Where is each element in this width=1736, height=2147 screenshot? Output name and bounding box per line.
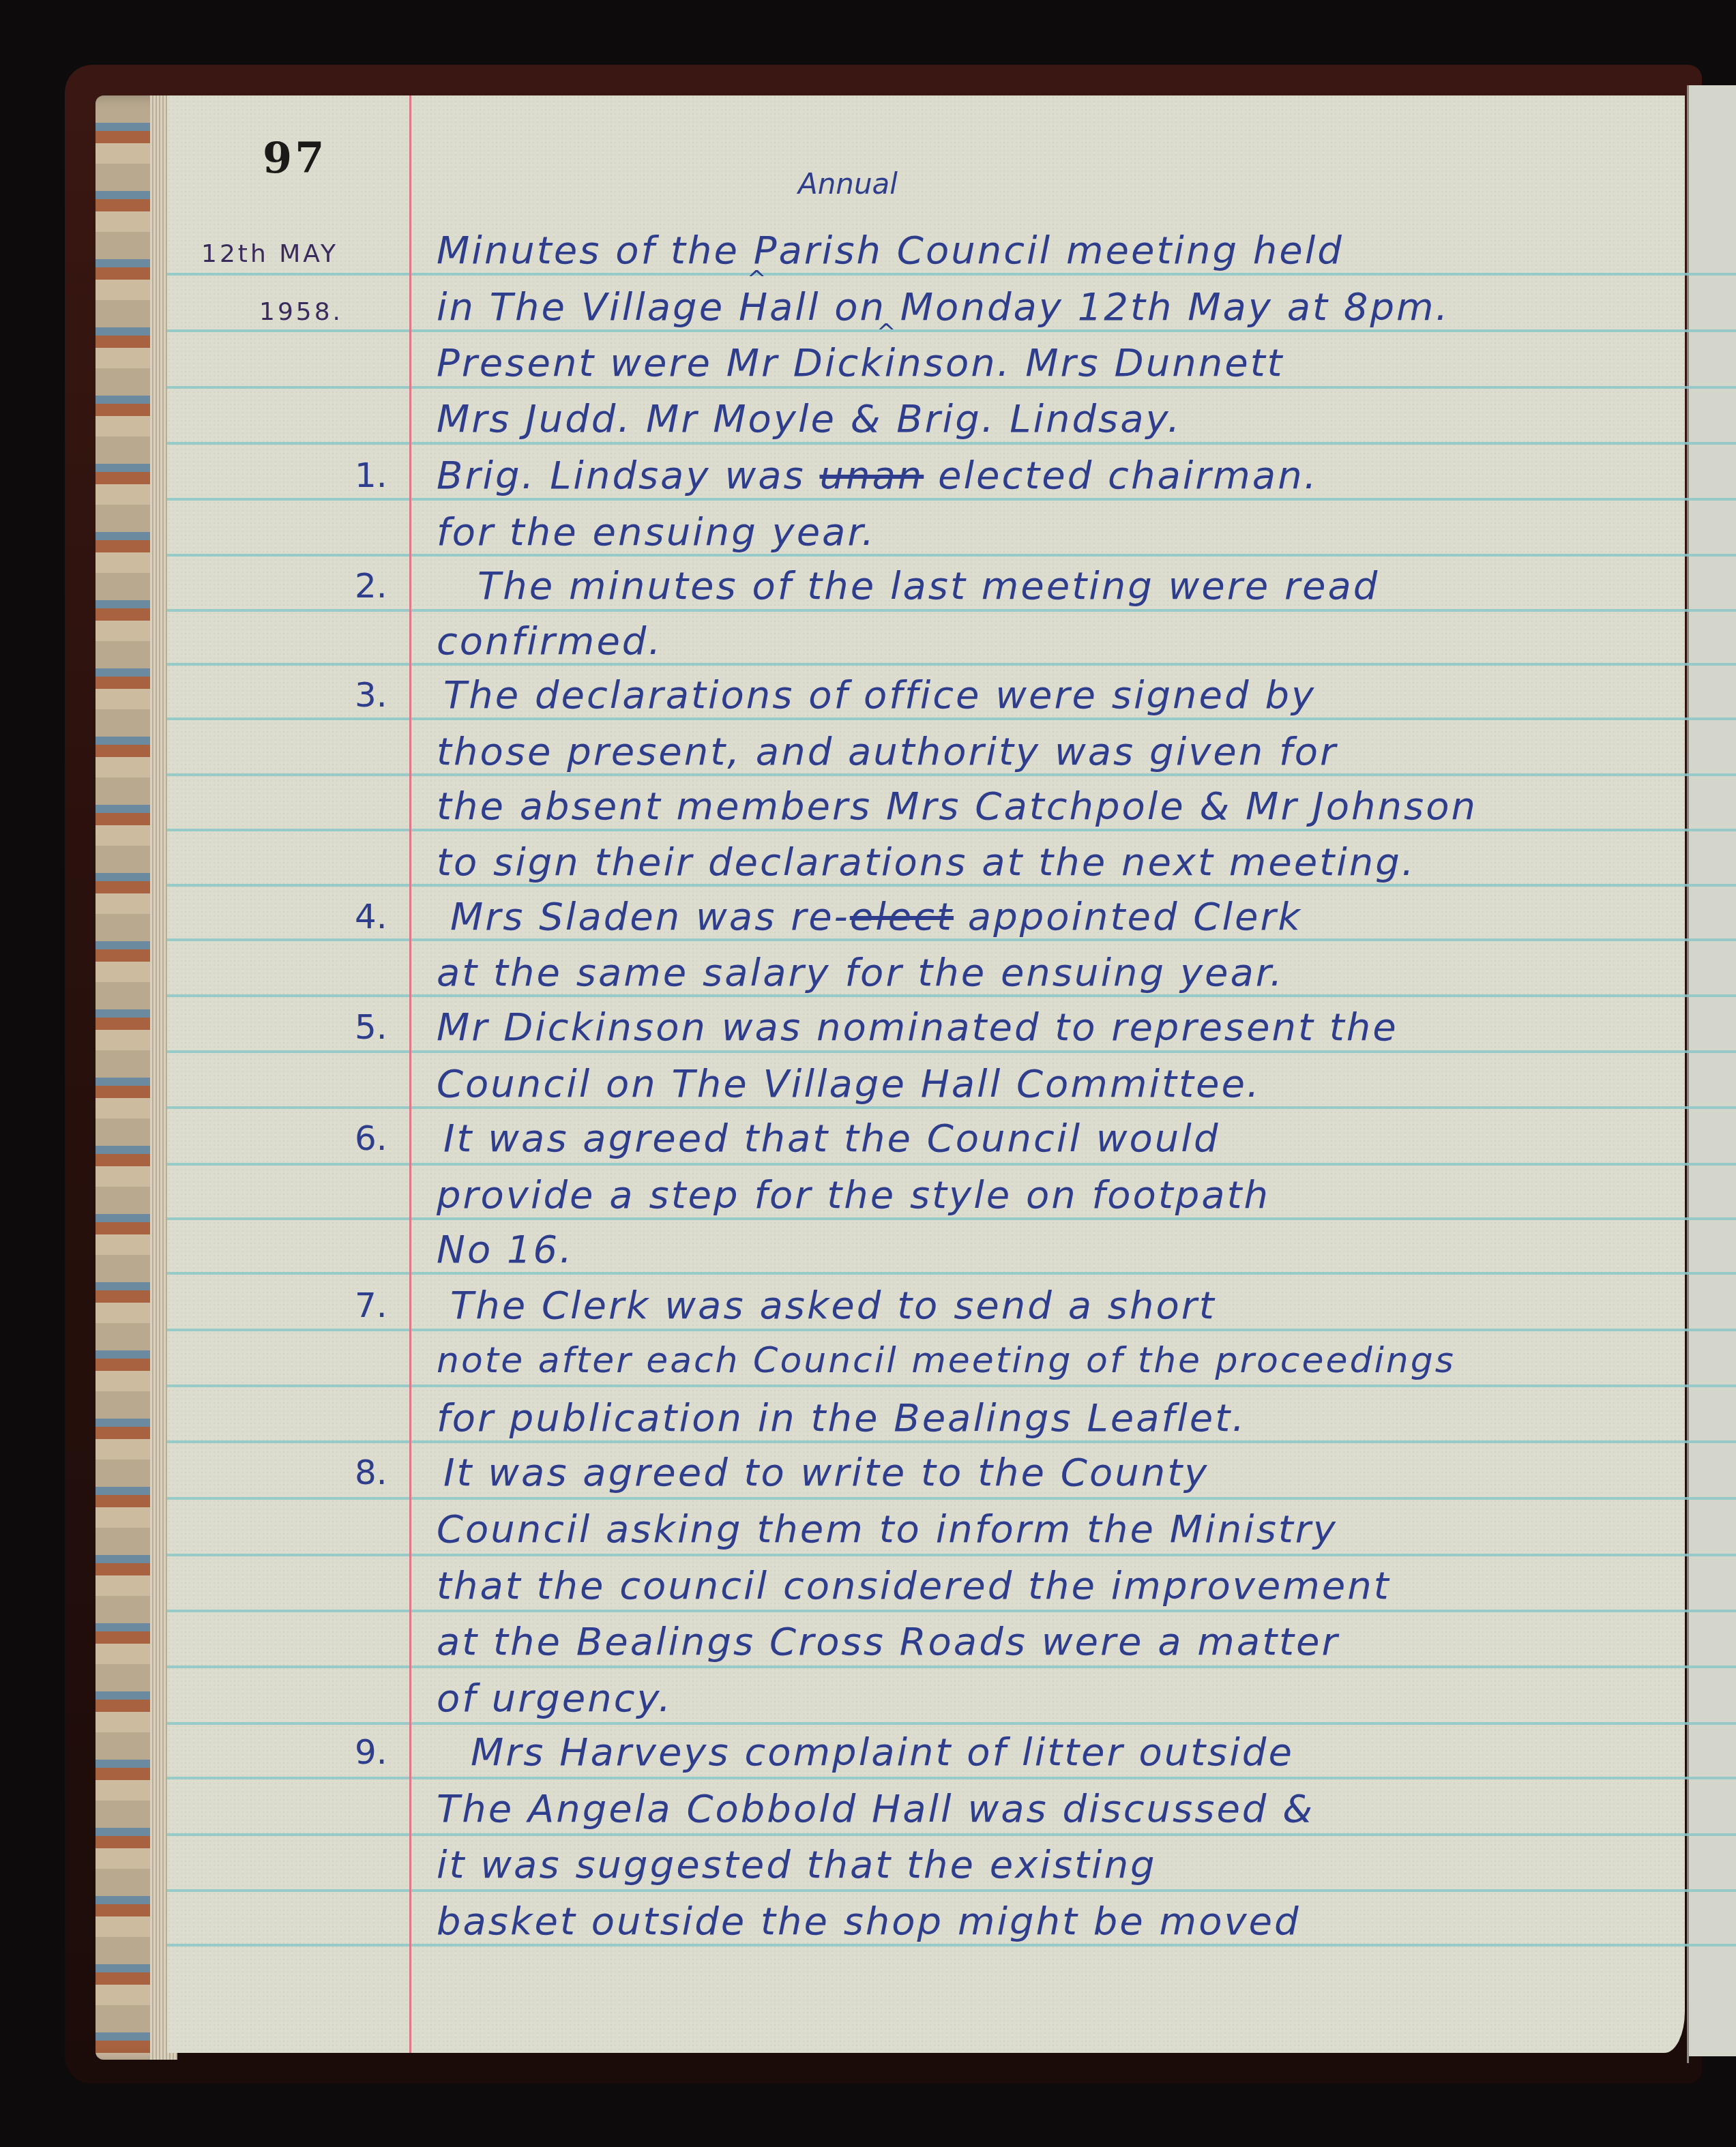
page-number: 97 (263, 133, 327, 183)
heading-line: Minutes of the Parish Council meeting he… (437, 228, 1344, 273)
ruled-line (167, 829, 1736, 831)
ruled-line (167, 717, 1736, 720)
item-number: 4. (355, 897, 387, 936)
minute-line: Council on The Village Hall Committee. (437, 1062, 1261, 1106)
minute-line: it was suggested that the existing (437, 1843, 1157, 1887)
minute-line: provide a step for the style on footpath (437, 1173, 1270, 1217)
ruled-line (167, 1106, 1736, 1109)
text-segment: Mrs Sladen was re- (450, 895, 850, 939)
item-number: 5. (355, 1007, 387, 1047)
minute-line: The minutes of the last meeting were rea… (477, 564, 1379, 608)
ruled-line (167, 273, 1736, 276)
ruled-line (167, 663, 1736, 666)
text-segment: appointed Clerk (954, 895, 1302, 939)
ruled-line (167, 1385, 1736, 1387)
minute-line: note after each Council meeting of the p… (437, 1340, 1456, 1381)
page-edges (95, 95, 177, 2060)
ruled-line (167, 1610, 1736, 1612)
ruled-line (167, 554, 1736, 557)
minute-line: The Angela Cobbold Hall was discussed & (437, 1787, 1314, 1831)
item-number: 7. (355, 1286, 387, 1325)
minute-line: Mr Dickinson was nominated to represent … (437, 1005, 1398, 1050)
struck-text: elect (850, 895, 954, 939)
text-segment: elected chairman. (924, 454, 1318, 498)
item-number: 2. (355, 566, 387, 606)
text-segment: Brig. Lindsay was (437, 454, 819, 498)
struck-text: unan (819, 454, 924, 498)
ruled-line (167, 1163, 1736, 1166)
minute-line: to sign their declarations at the next m… (437, 840, 1416, 885)
ruled-line (167, 329, 1736, 332)
minute-line: those present, and authority was given f… (437, 730, 1338, 774)
minute-line: at the same salary for the ensuing year. (437, 951, 1284, 995)
item-number: 8. (355, 1453, 387, 1492)
ruled-line (167, 1889, 1736, 1892)
heading-line: Present were Mr Dickinson. Mrs Dunnett (437, 341, 1284, 385)
ruled-line (167, 1497, 1736, 1500)
facing-page-edge (1689, 85, 1736, 2056)
ruled-line (167, 1440, 1736, 1443)
margin-date-year: 1958. (259, 298, 343, 326)
minute-line: No 16. (437, 1228, 574, 1272)
item-number: 9. (355, 1732, 387, 1772)
ruled-line (167, 386, 1736, 389)
minute-line: at the Bealings Cross Roads were a matte… (437, 1620, 1340, 1664)
heading-line: Mrs Judd. Mr Moyle & Brig. Lindsay. (437, 397, 1181, 441)
minute-line: that the council considered the improvem… (437, 1564, 1391, 1608)
ruled-line (167, 609, 1736, 612)
minute-line: Mrs Harveys complaint of litter outside (471, 1730, 1294, 1775)
minute-line: the absent members Mrs Catchpole & Mr Jo… (437, 784, 1477, 829)
minute-line: basket outside the shop might be moved (437, 1899, 1301, 1944)
ruled-line (167, 442, 1736, 445)
margin-rule (409, 95, 411, 2053)
minute-line: for the ensuing year. (437, 510, 876, 554)
heading-line: in The Village Hall on Monday 12th May a… (437, 285, 1450, 329)
ruled-line (167, 1329, 1736, 1331)
ruled-line (167, 1272, 1736, 1275)
minute-line: It was agreed that the Council would (443, 1116, 1220, 1161)
ruled-line (167, 1554, 1736, 1556)
minute-line: of urgency. (437, 1676, 673, 1721)
margin-date-day: 12th MAY (201, 240, 338, 268)
item-number: 1. (355, 456, 387, 495)
ruled-line (167, 1777, 1736, 1779)
minute-line: Brig. Lindsay was unan elected chairman. (437, 454, 1318, 498)
minute-line: confirmed. (437, 619, 662, 664)
minute-line: Council asking them to inform the Minist… (437, 1507, 1338, 1552)
ruled-line (167, 1665, 1736, 1668)
ruled-line (167, 1833, 1736, 1836)
minute-line: The Clerk was asked to send a short (450, 1284, 1216, 1328)
item-number: 6. (355, 1119, 387, 1158)
item-number: 3. (355, 675, 387, 715)
ruled-line (167, 1217, 1736, 1220)
ruled-line (167, 1944, 1736, 1946)
minute-line: The declarations of office were signed b… (443, 673, 1316, 717)
ruled-line (167, 1722, 1736, 1725)
minute-line: Mrs Sladen was re-elect appointed Clerk (450, 895, 1302, 939)
minute-line: for publication in the Bealings Leaflet. (437, 1396, 1246, 1440)
minute-line: It was agreed to write to the County (443, 1451, 1209, 1495)
ruled-line (167, 498, 1736, 501)
ruled-line (167, 1050, 1736, 1053)
insertion-annual: Annual (798, 167, 898, 201)
